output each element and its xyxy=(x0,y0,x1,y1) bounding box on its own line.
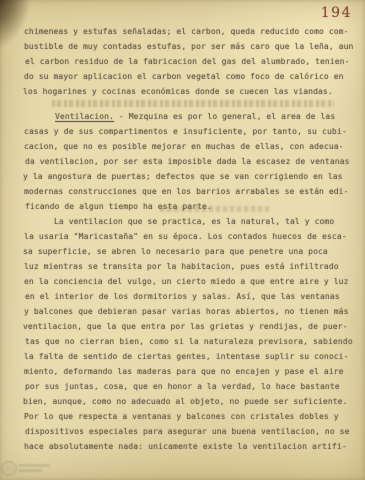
page-body-text: chimeneas y estufas señaladas; el carbon… xyxy=(24,24,358,454)
text-line: en la conciencia del vulgo, un cierto mi… xyxy=(24,274,358,289)
text-line: ventilacion, que la que entra por las gr… xyxy=(23,319,358,334)
stamp-text-bar xyxy=(18,469,42,472)
text-line: y la angostura de puertas; defectos que … xyxy=(23,169,358,184)
section-heading-rest: - Mezquina es por lo general, el area de… xyxy=(114,112,335,121)
section-heading-line: Ventilacion. - Mezquina es por lo genera… xyxy=(25,109,358,124)
text-line: la falta de sentido de ciertas gentes, i… xyxy=(24,349,358,364)
text-line: luz mientras se transita por la habitaci… xyxy=(24,259,358,274)
section-heading: Ventilacion. xyxy=(55,112,114,121)
text-line: tas que no cierran bien, como si la natu… xyxy=(25,334,358,349)
scanned-page: 194 chimeneas y estufas señaladas; el ca… xyxy=(0,0,365,480)
text-line: ficando de algun tiempo ha esta parte. xyxy=(25,199,358,214)
text-line: do su mayor aplicacion el carbon vegetal… xyxy=(24,69,358,84)
text-line: casas y de sus compartimentos e insufici… xyxy=(24,124,358,139)
text-line: dispositivos especiales para asegurar un… xyxy=(25,424,358,439)
text-line: hace absolutamente nada: unicamente exis… xyxy=(24,439,358,454)
text-line: los hogarines y cocinas económicas donde… xyxy=(23,84,358,99)
text-line: y balcones que debieran pasar varias hor… xyxy=(24,304,358,319)
library-stamp xyxy=(1,460,53,476)
text-line: bien, aunque, como no adecuado al objeto… xyxy=(23,394,358,409)
text-line: por sus juntas, cosa, que en honor a la … xyxy=(25,379,358,394)
text-line: bustible de muy contadas estufas, por se… xyxy=(24,39,358,54)
text-line: chimeneas y estufas señaladas; el carbon… xyxy=(24,24,358,39)
text-line: en el interior de los dormitorios y sala… xyxy=(25,289,358,304)
paragraph-first-line: La ventilacion que se practica, es la na… xyxy=(24,214,358,229)
text-line: cacion, que no es posible mejorar en muc… xyxy=(24,139,358,154)
stamp-ring-icon xyxy=(1,461,17,476)
text-line: Por lo que respecta a ventanas y balcone… xyxy=(24,409,358,424)
stamp-text-bar xyxy=(18,464,50,467)
text-line: la usaria "Maricastaña" en su época. Los… xyxy=(24,229,358,244)
text-line: sa superficie, se abren lo necesario par… xyxy=(23,244,358,259)
text-line: da ventilacion, por ser esta imposible d… xyxy=(25,154,358,169)
text-line: miento, deformando las maderas para que … xyxy=(24,364,358,379)
text-line: modernas construcciones que en los barri… xyxy=(24,184,358,199)
text-line: el carbon residuo de la fabricacion del … xyxy=(25,54,358,69)
page-number: 194 xyxy=(321,5,352,21)
